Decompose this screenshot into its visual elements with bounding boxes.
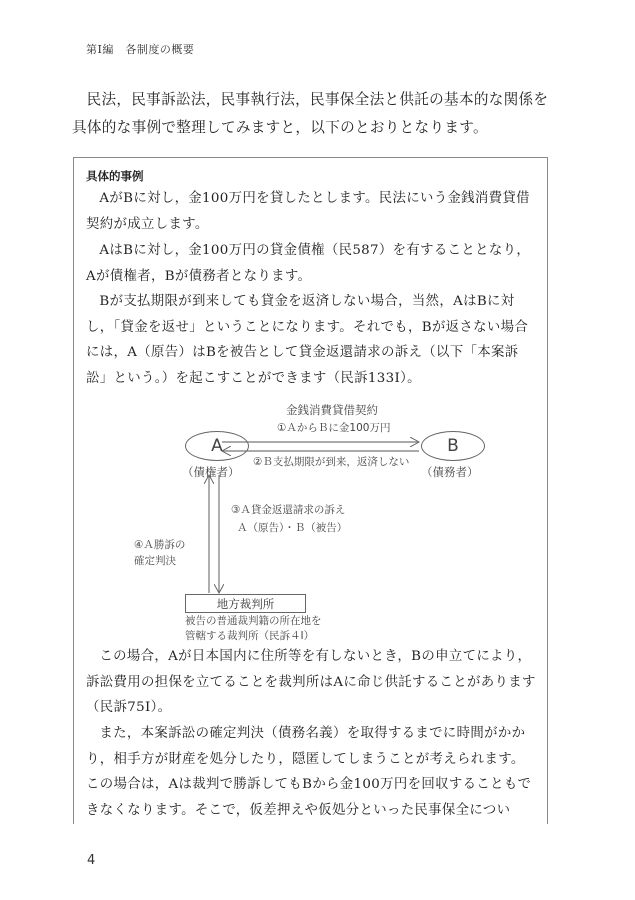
relationship-diagram: 金銭消費貸借契約 ①ＡからＢに金100万円 A B ②Ｂ支払期限が到来，返済しな… [74, 398, 547, 643]
arrow3-label-line2: Ａ（原告）・Ｂ（被告） [237, 520, 347, 535]
paragraph-security: この場合，Aが日本国内に住所等を有しないとき，Bの申立てにより，訴訟費用の担保を… [86, 644, 538, 721]
paragraph-loan: AがBに対し，金100万円を貸したとします。民法にいう金銭消費貸借契約が成立しま… [86, 186, 538, 237]
court-note-line2: 管轄する裁判所（民訴４Ⅰ） [185, 628, 314, 643]
page-number: 4 [87, 853, 95, 868]
arrow3-label-line1: ③Ａ貸金返還請求の訴え [231, 502, 345, 517]
arrow4-label-line1: ④Ａ勝訴の [134, 537, 185, 552]
paragraph-preservation: また，本案訴訟の確定判決（債務名義）を取得するまでに時間がかかり，相手方が財産を… [86, 721, 538, 823]
arrow4-label-line2: 確定判決 [134, 553, 176, 568]
district-court-box: 地方裁判所 [185, 594, 306, 613]
node-a-role: （債権者） [182, 464, 240, 480]
example-box: 具体的事例 AがBに対し，金100万円を貸したとします。民法にいう金銭消費貸借契… [73, 157, 548, 824]
node-a: A [185, 431, 249, 461]
paragraph-claim: AはBに対し，金100万円の貸金債権（民587）を有することとなり，Aが債権者，… [86, 238, 538, 289]
intro-paragraph: 民法，民事訴訟法，民事執行法，民事保全法と供託の基本的な関係を具体的な事例で整理… [72, 86, 556, 142]
paragraph-lawsuit: Bが支払期限が到来しても貸金を返済しない場合，当然，AはBに対し，「貸金を返せ」… [86, 289, 538, 391]
box-title: 具体的事例 [86, 168, 144, 184]
arrow1-label: ①ＡからＢに金100万円 [277, 420, 390, 435]
arrow2-label: ②Ｂ支払期限が到来，返済しない [253, 454, 409, 469]
node-b-role: （債務者） [421, 464, 479, 480]
court-note-line1: 被告の普通裁判籍の所在地を [185, 613, 322, 628]
node-b: B [421, 431, 485, 461]
contract-label: 金銭消費貸借契約 [286, 402, 378, 418]
running-head: 第Ⅰ編 各制度の概要 [86, 41, 194, 57]
